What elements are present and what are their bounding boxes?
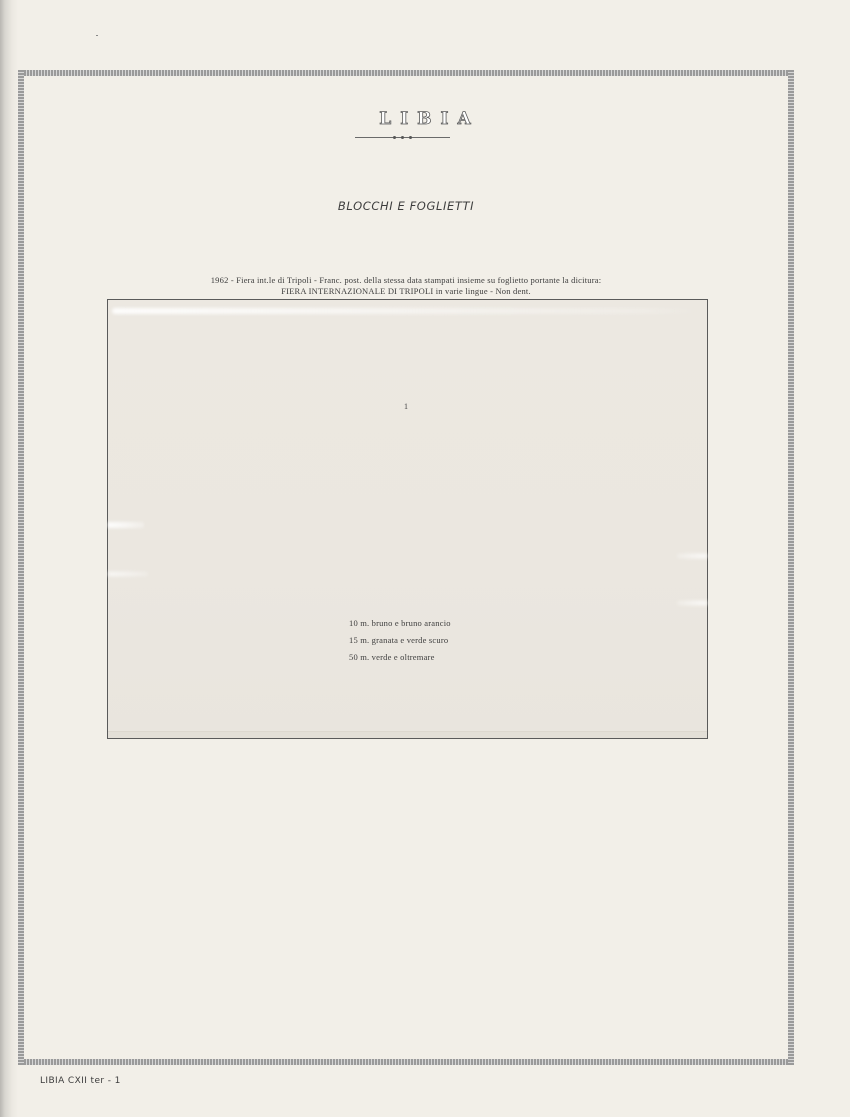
- section-subtitle: BLOCCHI E FOGLIETTI: [0, 199, 812, 213]
- stamp-item: 15 m. granata e verde scuro: [349, 635, 451, 652]
- mount-glare: [677, 600, 707, 606]
- mount-glare: [108, 521, 144, 529]
- mount-glare: [677, 553, 707, 559]
- mount-glare: [112, 308, 702, 314]
- stamp-list: 10 m. bruno e bruno arancio 15 m. granat…: [349, 618, 451, 669]
- frame-border-right: [788, 70, 794, 1065]
- title-ornament: [355, 136, 450, 140]
- page-binding-shadow: [0, 0, 18, 1117]
- catalog-number: 1: [404, 402, 408, 411]
- frame-border-bottom: [18, 1059, 794, 1065]
- page-footer: LIBIA CXII ter - 1: [40, 1076, 121, 1086]
- page-title: LIBIA: [0, 109, 850, 129]
- paper-speck: [96, 35, 98, 36]
- frame-border-top: [18, 70, 794, 76]
- issue-description-line1: 1962 - Fiera int.le di Tripoli - Franc. …: [0, 275, 812, 285]
- stamp-item: 10 m. bruno e bruno arancio: [349, 618, 451, 635]
- stamp-item: 50 m. verde e oltremare: [349, 652, 451, 669]
- mount-glare: [108, 571, 148, 577]
- frame-border-left: [18, 70, 24, 1065]
- stamp-sheet-mount: [107, 299, 708, 739]
- mount-bottom-strip: [108, 731, 707, 738]
- issue-description-line2: FIERA INTERNAZIONALE DI TRIPOLI in varie…: [0, 286, 812, 296]
